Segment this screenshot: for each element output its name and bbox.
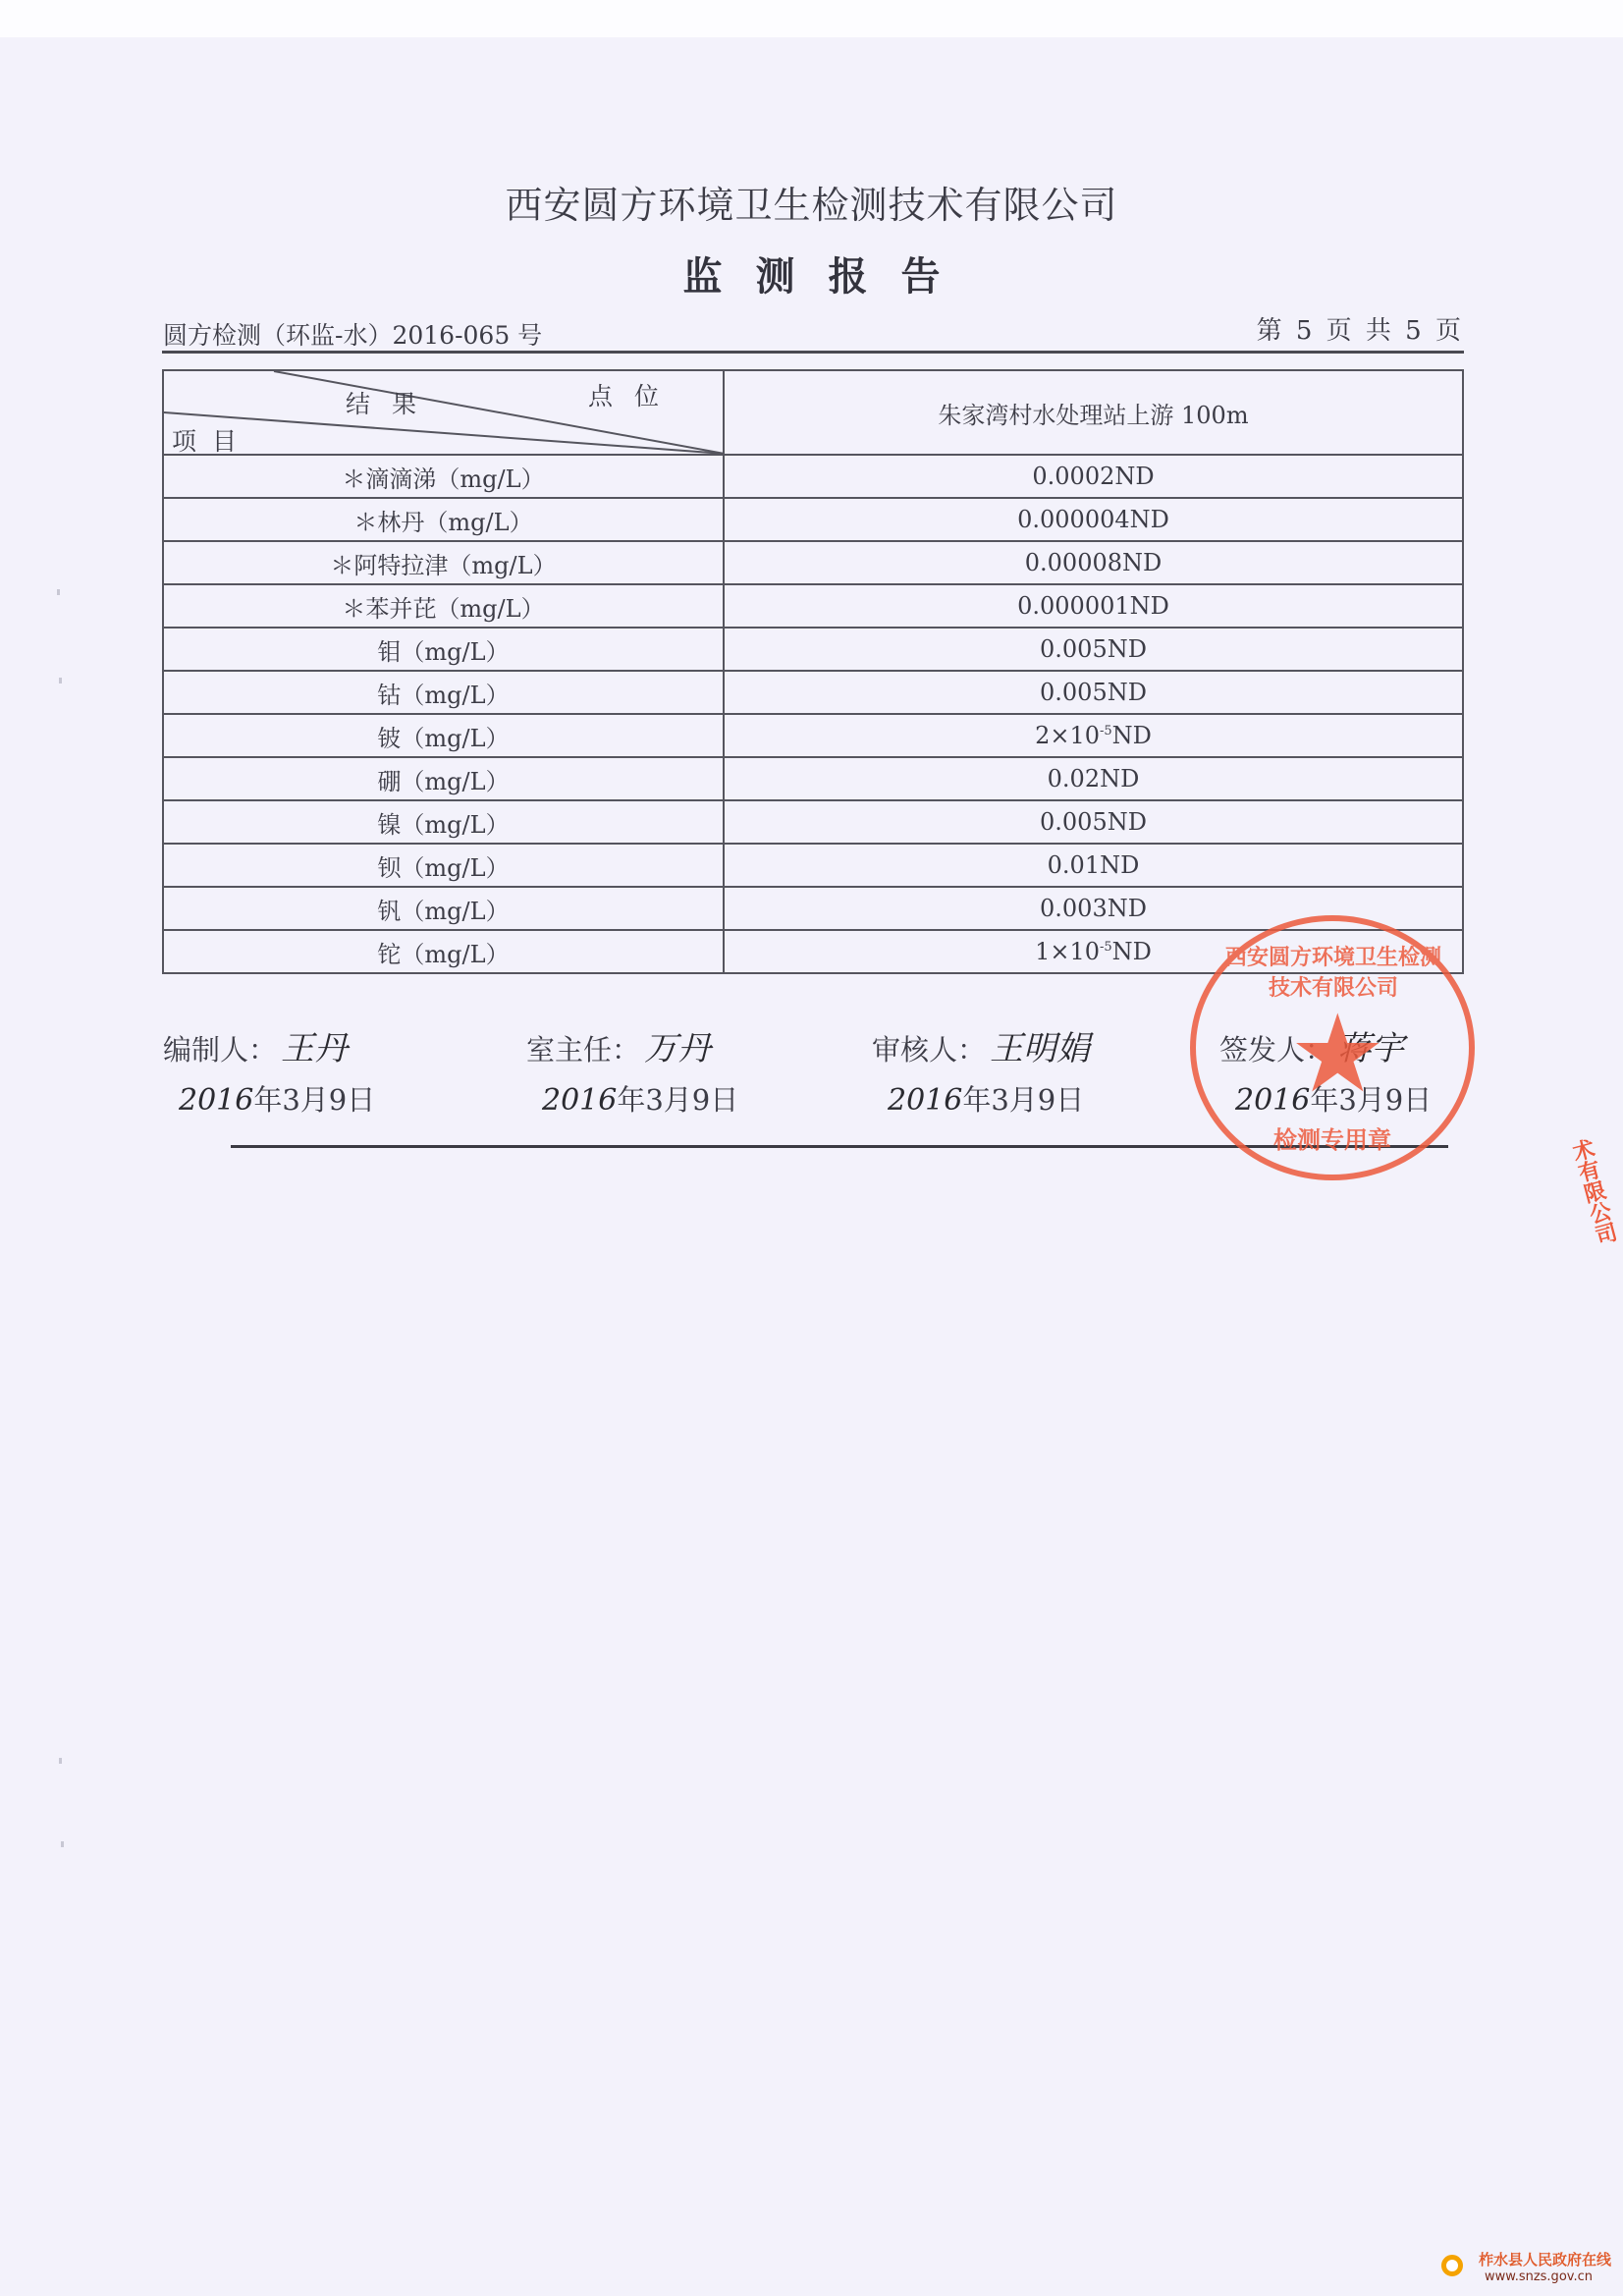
- item-cell: 镍（mg/L）: [163, 800, 724, 844]
- site-watermark[interactable]: 柞水县人民政府在线 www.snzs.gov.cn: [1479, 2249, 1611, 2284]
- value-suffix: ND: [1112, 938, 1152, 965]
- signature-field: 编制人：王丹: [163, 1021, 348, 1069]
- date-year: 2016: [179, 1083, 253, 1118]
- item-cell: 钴（mg/L）: [163, 671, 724, 714]
- signature-label: 编制人：: [163, 1033, 277, 1066]
- value-cell: 0.000001ND: [724, 584, 1463, 628]
- watermark-url: www.snzs.gov.cn: [1479, 2269, 1611, 2284]
- date-year: 2016: [888, 1083, 962, 1118]
- item-cell: ＊林丹（mg/L）: [163, 498, 724, 541]
- scan-speck: [59, 1758, 62, 1764]
- result-label: 结果: [346, 385, 438, 420]
- table-row: 硼（mg/L）0.02ND: [163, 757, 1463, 800]
- date-year: 2016: [542, 1083, 617, 1118]
- report-title: 监测报告: [0, 246, 1623, 301]
- value-cell: 0.0002ND: [724, 455, 1463, 498]
- table-row: ＊苯并芘（mg/L）0.000001ND: [163, 584, 1463, 628]
- item-cell: 钒（mg/L）: [163, 887, 724, 930]
- signature-label: 室主任：: [526, 1033, 640, 1066]
- handwritten-signature: 王丹: [281, 1029, 348, 1068]
- table-row: ＊阿特拉津（mg/L）0.00008ND: [163, 541, 1463, 584]
- item-cell: 硼（mg/L）: [163, 757, 724, 800]
- value-cell: 0.005ND: [724, 671, 1463, 714]
- item-cell: ＊滴滴涕（mg/L）: [163, 455, 724, 498]
- value-suffix: ND: [1112, 722, 1152, 749]
- scan-speck: [61, 1841, 64, 1847]
- item-cell: 铍（mg/L）: [163, 714, 724, 757]
- table-row: ＊林丹（mg/L）0.000004ND: [163, 498, 1463, 541]
- date-rest: 年3月9日: [253, 1083, 375, 1117]
- diagonal-header-cell: 结果 点位 项目: [163, 370, 724, 455]
- value-cell: 0.005ND: [724, 628, 1463, 671]
- date-rest: 年3月9日: [962, 1083, 1084, 1117]
- table-row: 钼（mg/L）0.005ND: [163, 628, 1463, 671]
- site-logo-icon: [1441, 2255, 1463, 2276]
- signature-field: 室主任：万丹: [526, 1021, 711, 1069]
- site-header: 朱家湾村水处理站上游 100m: [724, 370, 1463, 455]
- document-number: 圆方检测（环监-水）2016-065 号: [163, 316, 542, 352]
- item-cell: 钼（mg/L）: [163, 628, 724, 671]
- item-cell: ＊苯并芘（mg/L）: [163, 584, 724, 628]
- table-row: ＊滴滴涕（mg/L）0.0002ND: [163, 455, 1463, 498]
- item-label: 项目: [172, 422, 252, 458]
- value-cell: 0.005ND: [724, 800, 1463, 844]
- seal-bottom-text: 检测专用章: [1196, 1121, 1469, 1155]
- value-cell: 2×10-5ND: [724, 714, 1463, 757]
- table-row: 铍（mg/L）2×10-5ND: [163, 714, 1463, 757]
- point-label: 点位: [588, 377, 680, 412]
- signature-date: 2016年3月9日: [888, 1078, 1084, 1119]
- item-cell: 铊（mg/L）: [163, 930, 724, 973]
- value-cell: 0.02ND: [724, 757, 1463, 800]
- table-row: 钴（mg/L）0.005ND: [163, 671, 1463, 714]
- value-exponent: -5: [1100, 940, 1112, 955]
- header-divider: [162, 351, 1464, 354]
- page-info: 第 5 页 共 5 页: [1257, 310, 1461, 347]
- item-cell: ＊阿特拉津（mg/L）: [163, 541, 724, 584]
- value-cell: 0.00008ND: [724, 541, 1463, 584]
- table-row: 钡（mg/L）0.01ND: [163, 844, 1463, 887]
- table-row: 钒（mg/L）0.003ND: [163, 887, 1463, 930]
- value-cell: 0.000004ND: [724, 498, 1463, 541]
- value-exponent: -5: [1100, 724, 1112, 738]
- handwritten-signature: 王明娟: [990, 1029, 1090, 1068]
- watermark-title: 柞水县人民政府在线: [1479, 2249, 1611, 2269]
- date-rest: 年3月9日: [617, 1083, 738, 1117]
- value-cell: 0.01ND: [724, 844, 1463, 887]
- star-icon: ★: [1289, 1000, 1386, 1108]
- signature-date: 2016年3月9日: [542, 1078, 738, 1119]
- handwritten-signature: 万丹: [644, 1029, 711, 1068]
- signature-date: 2016年3月9日: [179, 1078, 375, 1119]
- company-name: 西安圆方环境卫生检测技术有限公司: [0, 175, 1623, 229]
- table-row: 镍（mg/L）0.005ND: [163, 800, 1463, 844]
- value-base: 2×10: [1035, 722, 1100, 749]
- table-header-row: 结果 点位 项目 朱家湾村水处理站上游 100m: [163, 370, 1463, 455]
- results-table: 结果 点位 项目 朱家湾村水处理站上游 100m ＊滴滴涕（mg/L）0.000…: [162, 369, 1464, 974]
- company-seal: 西安圆方环境卫生检测技术有限公司 ★ 检测专用章: [1190, 915, 1475, 1180]
- item-cell: 钡（mg/L）: [163, 844, 724, 887]
- signature-field: 审核人：王明娟: [872, 1021, 1090, 1069]
- signature-label: 审核人：: [872, 1033, 986, 1066]
- scan-speck: [59, 678, 62, 683]
- value-base: 1×10: [1035, 938, 1100, 965]
- scan-speck: [57, 589, 60, 595]
